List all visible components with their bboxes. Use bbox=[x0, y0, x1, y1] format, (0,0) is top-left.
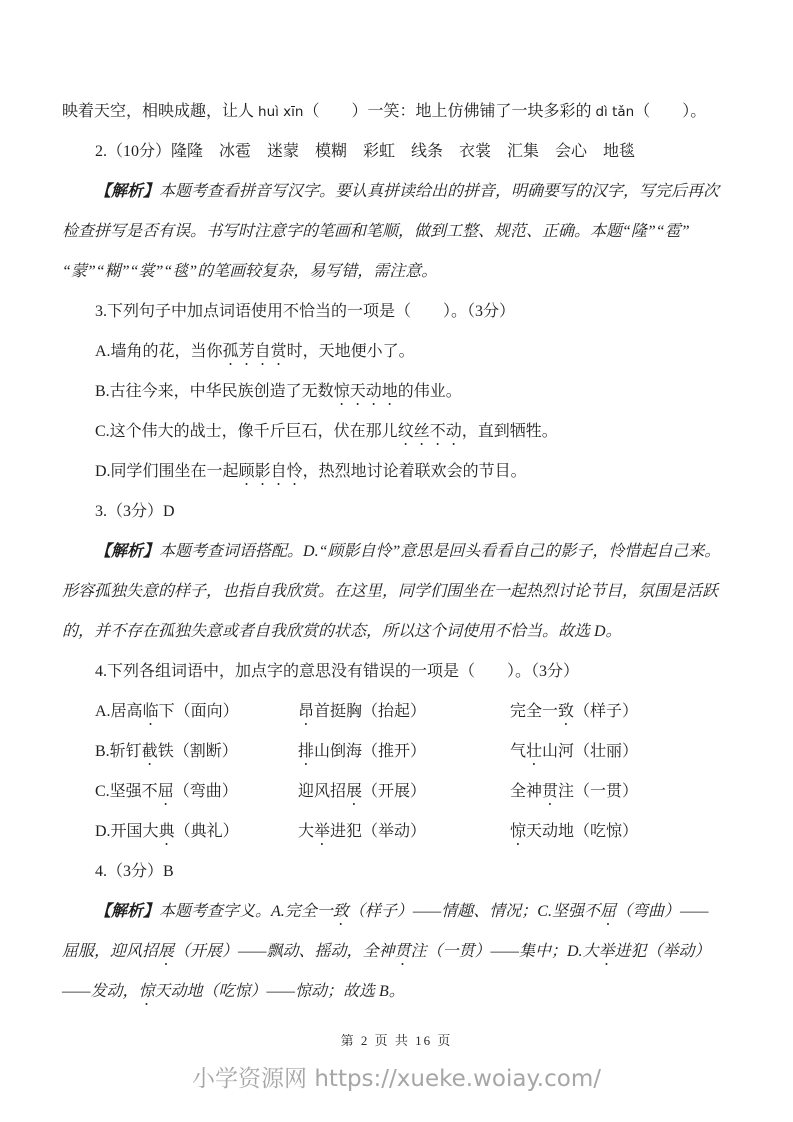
emphasized-word: 排 bbox=[298, 743, 314, 760]
text-segment: （开展）——飘动、摇动，全神 bbox=[174, 943, 394, 960]
word-group: 气壮山河（壮丽） bbox=[510, 732, 724, 772]
word-group: 昂首挺胸（抬起） bbox=[298, 692, 510, 732]
text-segment: （弯曲）—— bbox=[616, 903, 708, 920]
text-segment: （ ）。 bbox=[634, 103, 706, 120]
question-3-option-c: C.这个伟大的战士，像千斤巨石，伏在那儿纹丝不动，直到牺牲。 bbox=[62, 412, 724, 452]
text-segment: 注（一贯） bbox=[558, 783, 638, 800]
analysis-label: 【解析】 bbox=[95, 543, 159, 560]
emphasized-word: 惊 bbox=[138, 983, 154, 1000]
text-segment: 注（一贯）——集中；D.大 bbox=[411, 943, 599, 960]
text-segment: （典礼） bbox=[175, 823, 239, 840]
text-segment: 3.下列句子中加点词语使用不恰当的一项是（ ）。（3分） bbox=[95, 303, 515, 320]
question-4-option-c: C.坚强不屈（弯曲）迎风招展（开展）全神贯注（一贯） bbox=[62, 772, 724, 812]
emphasized-word: 致 bbox=[558, 703, 574, 720]
analysis-4-line-1: 【解析】本题考查字义。A.完全一致（样子）——情趣、情况；C.坚强不屈（弯曲）—… bbox=[62, 892, 724, 932]
passage-pinyin-line: 映着天空，相映成趣，让人 huì xīn（ ）一笑：地上仿佛铺了一块多彩的 dì… bbox=[62, 92, 724, 132]
emphasized-word: 贯 bbox=[395, 943, 411, 960]
text-segment: （弯曲） bbox=[174, 783, 238, 800]
analysis-4-line-2: 屈服，迎风招展（开展）——飘动、摇动，全神贯注（一贯）——集中；D.大举进犯（举… bbox=[62, 932, 724, 972]
text-segment: A.居高 bbox=[95, 703, 143, 720]
text-segment: B.斩钉 bbox=[95, 743, 142, 760]
text-segment: （样子）——情趣、情况；C.坚强不 bbox=[349, 903, 600, 920]
analysis-3-line-3: 的，并不存在孤独失意或者自我欣赏的状态，所以这个词使用不恰当。故选 D。 bbox=[62, 612, 724, 652]
page-number: 第 2 页 共 16 页 bbox=[0, 1030, 793, 1049]
question-3: 3.下列句子中加点词语使用不恰当的一项是（ ）。（3分） bbox=[62, 292, 724, 332]
text-segment: 检查拼写是否有误。书写时注意字的笔画和笔顺，做到工整、规范、正确。本题“隆”“雹… bbox=[62, 223, 690, 240]
text-segment: 的，并不存在孤独失意或者自我欣赏的状态，所以这个词使用不恰当。故选 D。 bbox=[62, 623, 622, 640]
word-group: A.居高临下（面向） bbox=[95, 692, 298, 732]
answer-4: 4.（3分）B bbox=[62, 852, 724, 892]
text-segment: 映着天空，相映成趣，让人 bbox=[62, 103, 258, 120]
emphasized-word: 屈 bbox=[600, 903, 616, 920]
text-segment: 下（面向） bbox=[159, 703, 239, 720]
pinyin-text: huì xīn bbox=[258, 104, 303, 120]
text-segment: B.古往今来，中华民族创造了无数 bbox=[95, 383, 334, 400]
emphasized-word: 纹丝不动 bbox=[398, 423, 462, 440]
text-segment: 首挺胸（抬起） bbox=[314, 703, 426, 720]
word-group: B.斩钉截铁（割断） bbox=[95, 732, 298, 772]
text-segment: 的伟业。 bbox=[398, 383, 462, 400]
text-segment: 天动地（吃惊） bbox=[526, 823, 638, 840]
text-segment: 形容孤独失意的样子，也指自我欣赏。在这里，同学们围坐在一起热烈讨论节目，氛围是活… bbox=[62, 583, 718, 600]
text-segment: 3.（3分）D bbox=[95, 503, 175, 520]
analysis-label: 【解析】 bbox=[95, 903, 159, 920]
text-segment: D.开国大 bbox=[95, 823, 159, 840]
emphasized-word: 展 bbox=[346, 783, 362, 800]
analysis-4-line-3: ——发动，惊天动地（吃惊）——惊动；故选 B。 bbox=[62, 972, 724, 1012]
emphasized-word: 孤芳自赏 bbox=[223, 343, 287, 360]
analysis-3-line-1: 【解析】本题考查词语搭配。D.“顾影自怜”意思是回头看看自己的影子，怜惜起自己来… bbox=[62, 532, 724, 572]
text-segment: ——发动， bbox=[62, 983, 138, 1000]
text-segment: 本题考查看拼音写汉字。要认真拼读给出的拼音，明确要写的汉字，写完后再次 bbox=[159, 183, 719, 200]
text-segment: 时，天地便小了。 bbox=[287, 343, 415, 360]
emphasized-word: 惊天动地 bbox=[334, 383, 398, 400]
document-body: 映着天空，相映成趣，让人 huì xīn（ ）一笑：地上仿佛铺了一块多彩的 dì… bbox=[62, 92, 724, 1012]
text-segment: （ ）一笑：地上仿佛铺了一块多彩的 bbox=[303, 103, 595, 120]
question-4-option-b: B.斩钉截铁（割断）排山倒海（推开）气壮山河（壮丽） bbox=[62, 732, 724, 772]
text-segment: C.这个伟大的战士，像千斤巨石，伏在那儿 bbox=[95, 423, 398, 440]
emphasized-word: 典 bbox=[159, 823, 175, 840]
text-segment: 本题考查字义。A.完全一 bbox=[159, 903, 333, 920]
pinyin-text: dì tǎn bbox=[595, 104, 634, 120]
answer-2: 2.（10分）隆隆 冰雹 迷蒙 模糊 彩虹 线条 衣裳 汇集 会心 地毯 bbox=[62, 132, 724, 172]
analysis-3-line-2: 形容孤独失意的样子，也指自我欣赏。在这里，同学们围坐在一起热烈讨论节目，氛围是活… bbox=[62, 572, 724, 612]
emphasized-word: 截 bbox=[142, 743, 158, 760]
text-segment: 气 bbox=[510, 743, 526, 760]
question-4-option-d: D.开国大典（典礼）大举进犯（举动）惊天动地（吃惊） bbox=[62, 812, 724, 852]
text-segment: 天动地（吃惊）——惊动；故选 B。 bbox=[154, 983, 404, 1000]
text-segment: ，热烈地讨论着联欢会的节目。 bbox=[303, 463, 527, 480]
question-3-option-d: D.同学们围坐在一起顾影自怜，热烈地讨论着联欢会的节目。 bbox=[62, 452, 724, 492]
text-segment: 大 bbox=[298, 823, 314, 840]
emphasized-word: 临 bbox=[143, 703, 159, 720]
question-3-option-a: A.墙角的花，当你孤芳自赏时，天地便小了。 bbox=[62, 332, 724, 372]
emphasized-word: 壮 bbox=[526, 743, 542, 760]
text-segment: 进犯（举动） bbox=[330, 823, 426, 840]
analysis-label: 【解析】 bbox=[95, 183, 159, 200]
analysis-2-line-2: 检查拼写是否有误。书写时注意字的笔画和笔顺，做到工整、规范、正确。本题“隆”“雹… bbox=[62, 212, 724, 252]
text-segment: （开展） bbox=[362, 783, 426, 800]
question-4-option-a: A.居高临下（面向）昂首挺胸（抬起）完全一致（样子） bbox=[62, 692, 724, 732]
emphasized-word: 展 bbox=[158, 943, 174, 960]
word-group: 排山倒海（推开） bbox=[298, 732, 510, 772]
emphasized-word: 贯 bbox=[542, 783, 558, 800]
analysis-2-line-1: 【解析】本题考查看拼音写汉字。要认真拼读给出的拼音，明确要写的汉字，写完后再次 bbox=[62, 172, 724, 212]
text-segment: C.坚强不 bbox=[95, 783, 158, 800]
text-segment: D.同学们围坐在一起 bbox=[95, 463, 239, 480]
text-segment: 屈服，迎风招 bbox=[62, 943, 158, 960]
emphasized-word: 举 bbox=[599, 943, 615, 960]
emphasized-word: 举 bbox=[314, 823, 330, 840]
analysis-2-line-3: “蒙”“糊”“裳”“毯”的笔画较复杂，易写错，需注意。 bbox=[62, 252, 724, 292]
emphasized-word: 屈 bbox=[158, 783, 174, 800]
word-group: 惊天动地（吃惊） bbox=[510, 812, 724, 852]
text-segment: 铁（割断） bbox=[158, 743, 238, 760]
text-segment: A.墙角的花，当你 bbox=[95, 343, 223, 360]
text-segment: 迎风招 bbox=[298, 783, 346, 800]
question-3-option-b: B.古往今来，中华民族创造了无数惊天动地的伟业。 bbox=[62, 372, 724, 412]
text-segment: 2.（10分）隆隆 冰雹 迷蒙 模糊 彩虹 线条 衣裳 汇集 会心 地毯 bbox=[95, 143, 635, 160]
word-group: 全神贯注（一贯） bbox=[510, 772, 724, 812]
emphasized-word: 昂 bbox=[298, 703, 314, 720]
answer-3: 3.（3分）D bbox=[62, 492, 724, 532]
word-group: D.开国大典（典礼） bbox=[95, 812, 298, 852]
text-segment: 山倒海（推开） bbox=[314, 743, 426, 760]
word-group: 完全一致（样子） bbox=[510, 692, 724, 732]
text-segment: （样子） bbox=[574, 703, 638, 720]
text-segment: 进犯（举动） bbox=[615, 943, 711, 960]
emphasized-word: 顾影自怜 bbox=[239, 463, 303, 480]
word-group: 大举进犯（举动） bbox=[298, 812, 510, 852]
text-segment: 完全一 bbox=[510, 703, 558, 720]
word-group: C.坚强不屈（弯曲） bbox=[95, 772, 298, 812]
text-segment: 4.下列各组词语中，加点字的意思没有错误的一项是（ ）。（3分） bbox=[95, 663, 579, 680]
text-segment: 本题考查词语搭配。D.“顾影自怜”意思是回头看看自己的影子，怜惜起自己来。 bbox=[159, 543, 720, 560]
text-segment: ，直到牺牲。 bbox=[462, 423, 558, 440]
word-group: 迎风招展（开展） bbox=[298, 772, 510, 812]
text-segment: 4.（3分）B bbox=[95, 863, 174, 880]
question-4: 4.下列各组词语中，加点字的意思没有错误的一项是（ ）。（3分） bbox=[62, 652, 724, 692]
emphasized-word: 惊 bbox=[510, 823, 526, 840]
text-segment: “蒙”“糊”“裳”“毯”的笔画较复杂，易写错，需注意。 bbox=[62, 263, 437, 280]
text-segment: 山河（壮丽） bbox=[542, 743, 638, 760]
text-segment: 全神 bbox=[510, 783, 542, 800]
emphasized-word: 致 bbox=[333, 903, 349, 920]
watermark: 小学资源网 https://xueke.woiay.com/ bbox=[0, 1060, 793, 1093]
